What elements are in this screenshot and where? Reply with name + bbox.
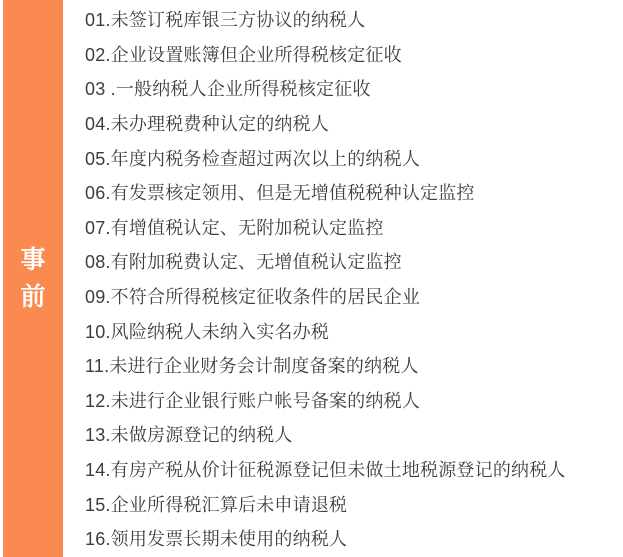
list-item: 12.未进行企业银行账户帐号备案的纳税人 — [85, 383, 621, 418]
list-item: 08.有附加税费认定、无增值税认定监控 — [85, 244, 621, 279]
list-item: 03 .一般纳税人企业所得税核定征收 — [85, 71, 621, 106]
list-item: 14.有房产税从价计征税源登记但未做土地税源登记的纳税人 — [85, 452, 621, 487]
list-item: 13.未做房源登记的纳税人 — [85, 417, 621, 452]
risk-item-list: 01.未签订税库银三方协议的纳税人 02.企业设置账簿但企业所得税核定征收 03… — [85, 2, 621, 556]
list-item: 02.企业设置账簿但企业所得税核定征收 — [85, 37, 621, 72]
list-item: 11.未进行企业财务会计制度备案的纳税人 — [85, 348, 621, 383]
list-item: 15.企业所得税汇算后未申请退税 — [85, 486, 621, 521]
list-item: 06.有发票核定领用、但是无增值税税种认定监控 — [85, 175, 621, 210]
phase-sidebar: 事 前 — [3, 0, 63, 557]
list-item: 09.不符合所得税核定征收条件的居民企业 — [85, 279, 621, 314]
list-item: 16.领用发票长期未使用的纳税人 — [85, 521, 621, 556]
list-item: 10.风险纳税人未纳入实名办税 — [85, 313, 621, 348]
list-item: 04.未办理税费种认定的纳税人 — [85, 106, 621, 141]
document-page: 事 前 01.未签订税库银三方协议的纳税人 02.企业设置账簿但企业所得税核定征… — [0, 0, 623, 557]
sidebar-label-char-bottom: 前 — [20, 285, 45, 310]
list-item: 07.有增值税认定、无附加税认定监控 — [85, 210, 621, 245]
list-item: 01.未签订税库银三方协议的纳税人 — [85, 2, 621, 37]
list-item: 05.年度内税务检查超过两次以上的纳税人 — [85, 140, 621, 175]
sidebar-label-char-top: 事 — [20, 248, 45, 273]
